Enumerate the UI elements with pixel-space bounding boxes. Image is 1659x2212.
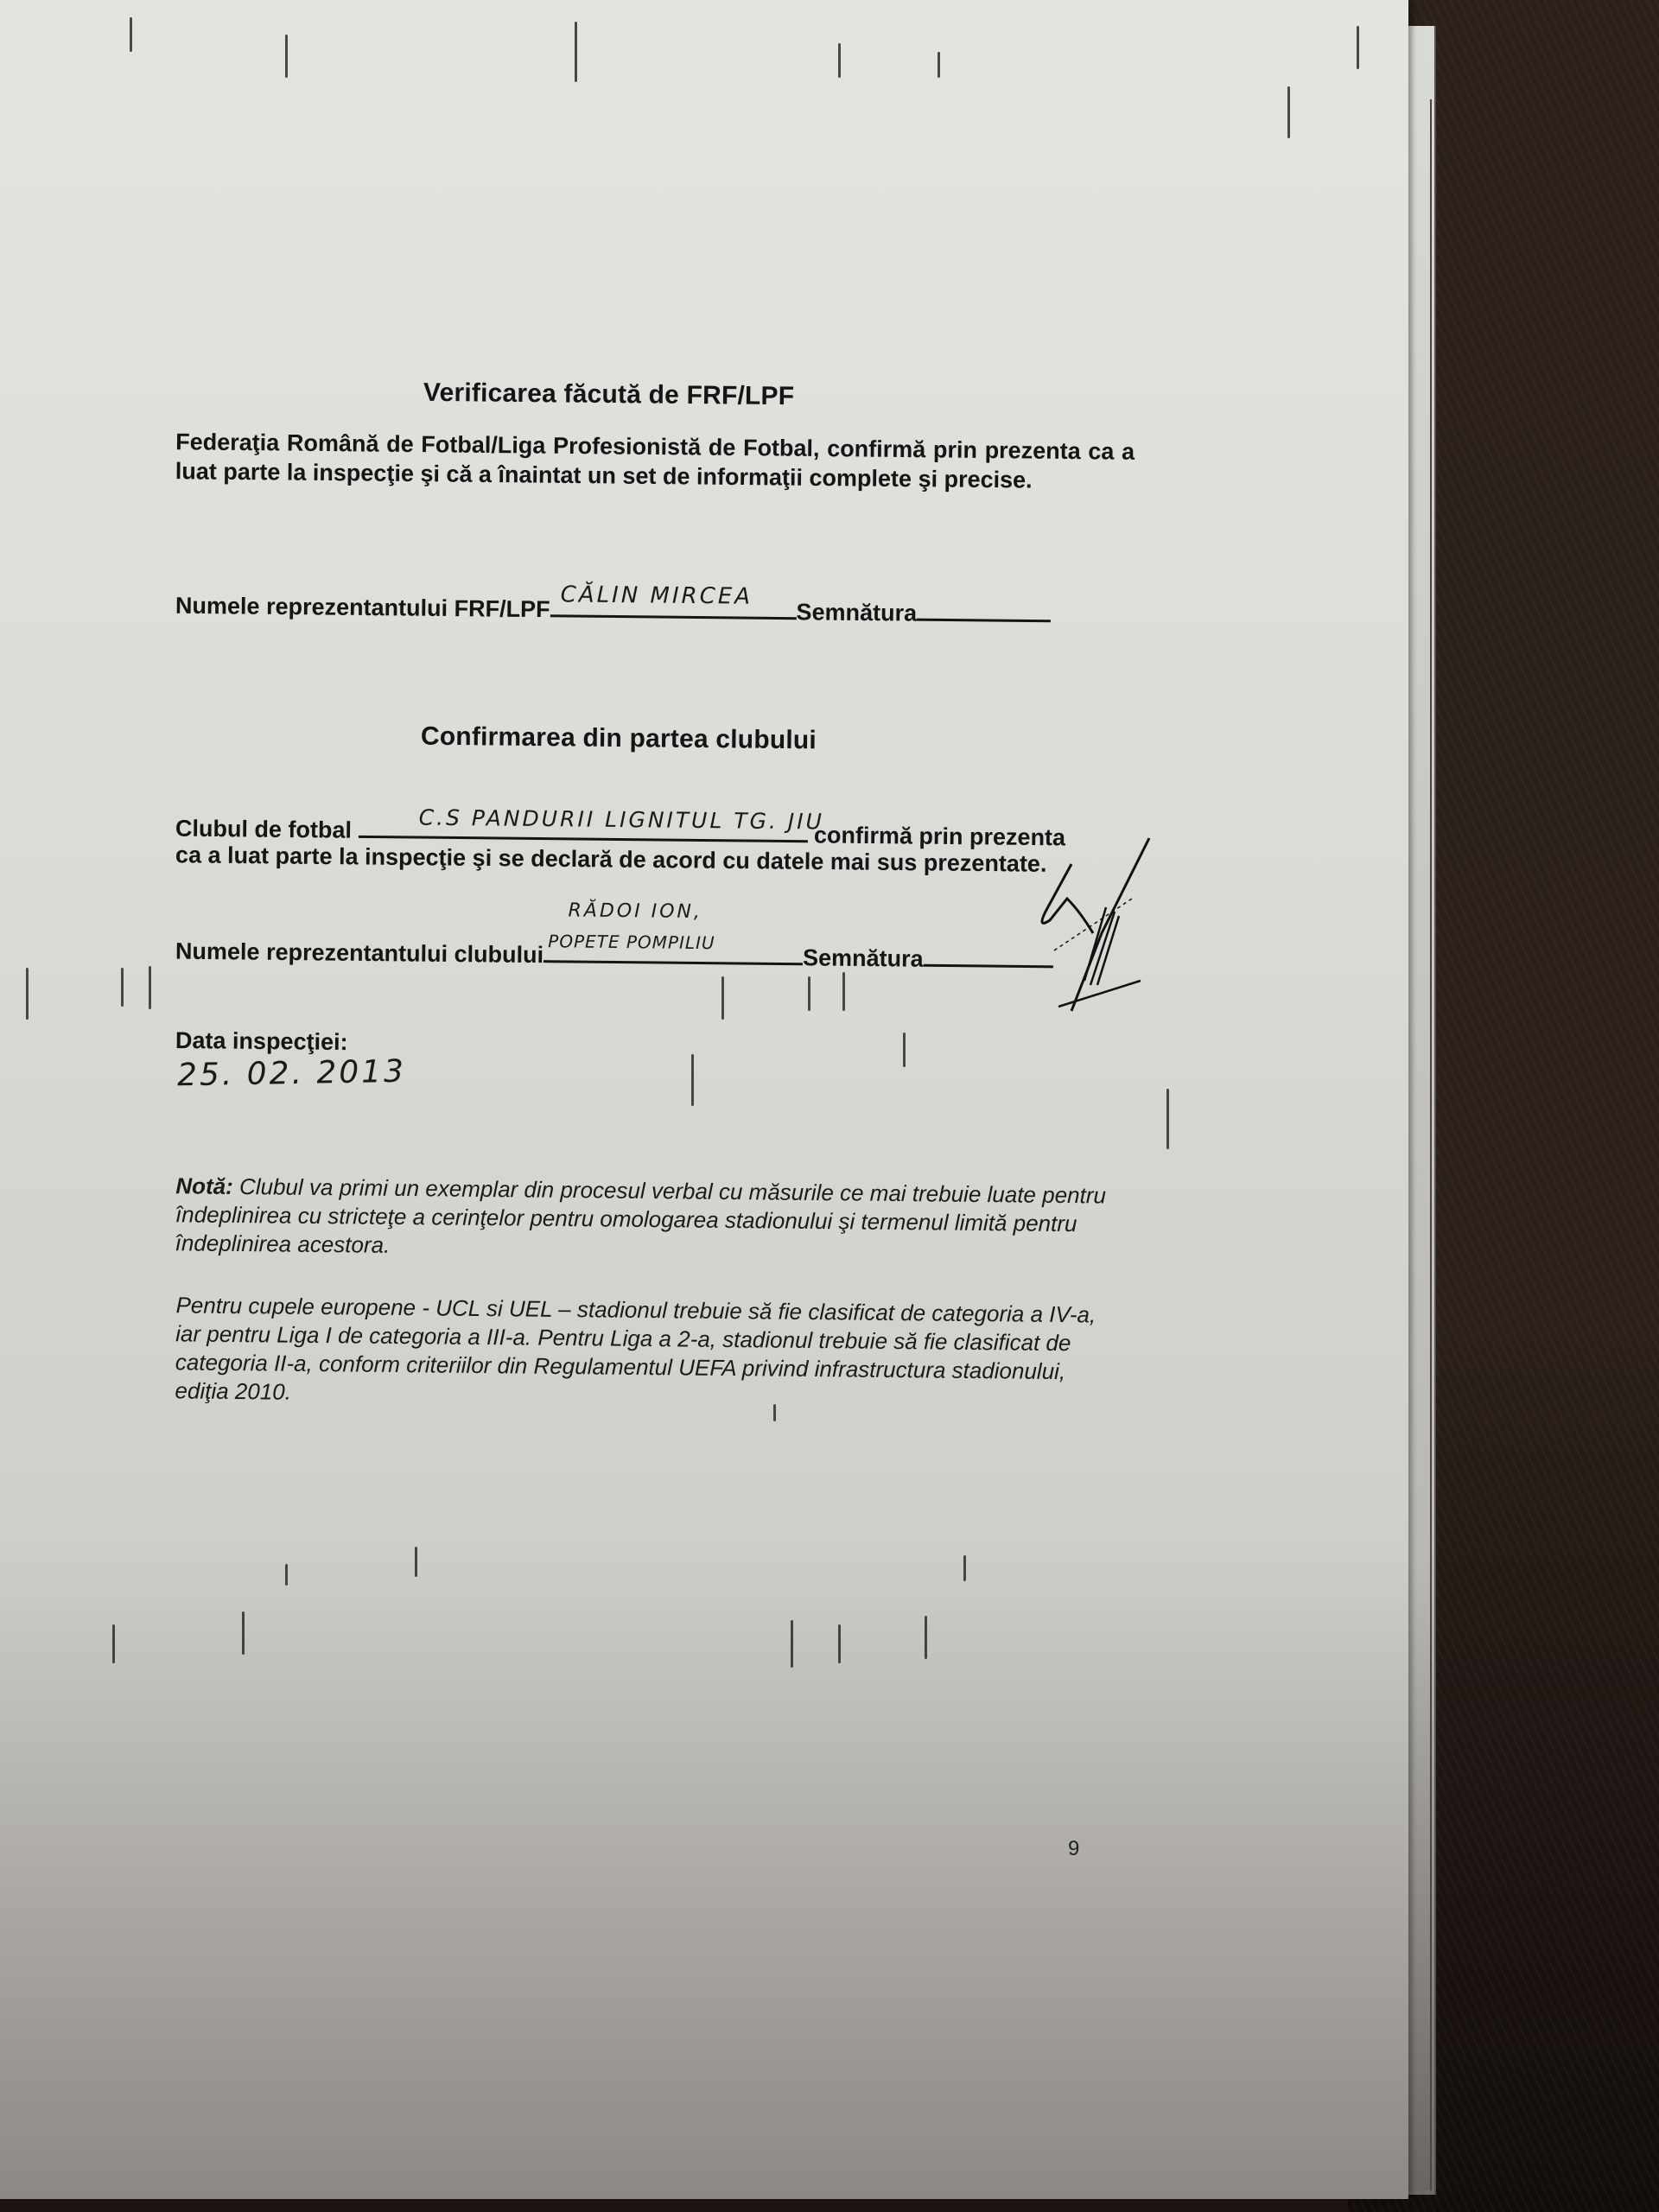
frf-confirmation-paragraph: Federaţia Română de Fotbal/Liga Profesio… (175, 427, 1135, 496)
note-label: Notă: (175, 1173, 233, 1199)
club-name-field[interactable]: C.S PANDURII LIGNITUL TG. JIU (358, 815, 807, 842)
club-representative-name-2: POPETE POMPILIU (548, 931, 715, 953)
club-signature-label: Semnătura (803, 944, 924, 971)
page-number: 9 (1068, 1837, 1079, 1861)
club-representative-label: Numele reprezentantului clubului (175, 938, 543, 968)
document-page: Verificarea făcută de FRF/LPF Federaţia … (0, 0, 1408, 2199)
inspection-date-label: Data inspecţiei: (175, 1027, 348, 1056)
frf-signature-label: Semnătura (796, 599, 917, 626)
club-label: Clubul de fotbal (175, 816, 352, 843)
note-text: Clubul va primi un exemplar din procesul… (175, 1173, 1107, 1258)
frf-representative-line: Numele reprezentantului FRF/LPFCĂLIN MIR… (175, 590, 1051, 629)
frf-signature-field[interactable] (917, 598, 1051, 623)
handwritten-signature (1020, 829, 1166, 1046)
frf-representative-field[interactable]: CĂLIN MIRCEA (550, 594, 796, 620)
document-content: Verificarea făcută de FRF/LPF Federaţia … (0, 0, 1408, 2199)
uefa-requirements-paragraph: Pentru cupele europene - UCL si UEL – st… (175, 1291, 1117, 1414)
frf-representative-label: Numele reprezentantului FRF/LPF (175, 593, 550, 623)
inspection-date-value: 25. 02. 2013 (177, 1054, 407, 1094)
club-representative-field[interactable]: RĂDOI ION,POPETE POMPILIU (543, 939, 803, 965)
section-title-frf-verification: Verificarea făcută de FRF/LPF (423, 378, 795, 411)
note-paragraph: Notă: Clubul va primi un exemplar din pr… (175, 1172, 1127, 1268)
club-representative-name-1: RĂDOI ION, (568, 899, 702, 923)
section-title-club-confirmation: Confirmarea din partea clubului (421, 722, 817, 756)
club-name-handwritten: C.S PANDURII LIGNITUL TG. JIU (419, 805, 825, 835)
club-representative-line: Numele reprezentantului clubuluiRĂDOI IO… (175, 936, 1053, 975)
frf-representative-name: CĂLIN MIRCEA (561, 582, 753, 609)
